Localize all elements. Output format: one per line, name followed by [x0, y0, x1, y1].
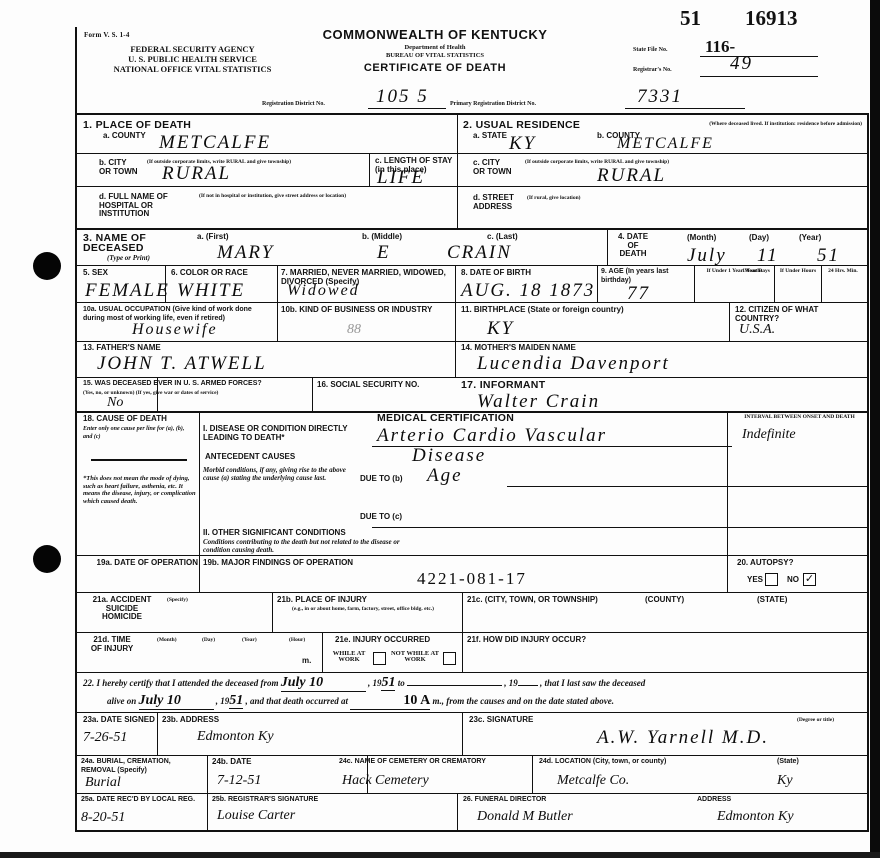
death-city-value[interactable]: RURAL — [162, 163, 231, 185]
form-number: Form V. S. 1-4 — [84, 31, 130, 39]
injury-occurred-label: 21e. INJURY OCCURRED — [335, 636, 430, 645]
registration-district-label: Registration District No. — [262, 101, 325, 107]
while-at-work-checkbox[interactable] — [373, 652, 386, 665]
first-name-label: a. (First) — [197, 233, 229, 242]
year-label: (Year) — [799, 234, 821, 243]
location-label: 24d. LOCATION (City, town, or county) — [539, 758, 666, 767]
funeral-address-label: ADDRESS — [697, 796, 731, 805]
other-conditions-label: II. OTHER SIGNIFICANT CONDITIONS — [203, 529, 346, 538]
race-value[interactable]: WHITE — [177, 280, 245, 302]
date-signed-value[interactable]: 7-26-51 — [83, 730, 127, 746]
birthplace-value[interactable]: KY — [487, 318, 514, 340]
cert-text: , 19 — [504, 678, 518, 688]
registrar-signature-value[interactable]: Louise Carter — [217, 808, 295, 824]
dob-label: 8. DATE OF BIRTH — [461, 269, 531, 278]
age-sub-min: 24 Hrs. Min. — [823, 268, 863, 274]
primary-district-value: 7331 — [637, 86, 683, 108]
other-conditions-note: Conditions contributing to the death but… — [203, 539, 403, 554]
cert-line-1: 22. I hereby certify that I attended the… — [83, 675, 645, 692]
cert-text: to — [398, 678, 405, 688]
cert-text: m., from the causes and on the date stat… — [433, 696, 615, 706]
registrar-label: Registrar's No. — [633, 67, 672, 73]
injury-state-label: (STATE) — [757, 596, 787, 605]
divider — [91, 459, 187, 461]
cemetery-label: 24c. NAME OF CEMETERY OR CREMATORY — [339, 758, 486, 767]
certificate-title: CERTIFICATE OF DEATH — [310, 62, 560, 74]
burial-date-label: 24b. DATE — [212, 758, 251, 767]
accident-label: 21a. ACCIDENT SUICIDE HOMICIDE — [87, 596, 157, 622]
while-at-work-label: WHILE AT WORK — [329, 651, 369, 663]
registration-district-field[interactable]: 105 5 — [368, 92, 446, 109]
due-to-b-label: DUE TO (b) — [360, 475, 403, 484]
primary-district-field[interactable]: 7331 — [625, 92, 745, 109]
mother-label: 14. MOTHER'S MAIDEN NAME — [461, 344, 576, 353]
cause-of-death-label: 18. CAUSE OF DEATH — [83, 415, 167, 424]
primary-district-label: Primary Registration District No. — [450, 101, 536, 107]
disease-label: I. DISEASE OR CONDITION DIRECTLY LEADING… — [203, 425, 363, 442]
dob-value[interactable]: AUG. 18 1873 — [461, 280, 595, 302]
location-state-value[interactable]: Ky — [777, 773, 793, 789]
residence-note: (Where deceased lived. If institution: r… — [622, 121, 862, 127]
citizen-label: 12. CITIZEN OF WHAT COUNTRY? — [735, 306, 863, 323]
department: Department of Health — [310, 44, 560, 52]
date-of-death-label: 4. DATE OF DEATH — [613, 233, 653, 259]
signature-label: 23c. SIGNATURE — [469, 716, 533, 725]
scan-border-right — [870, 0, 880, 858]
attended-from-year[interactable]: 51 — [381, 675, 395, 691]
operation-code-value[interactable]: 4221-081-17 — [417, 569, 527, 589]
injury-how-label: 21f. HOW DID INJURY OCCUR? — [467, 636, 586, 645]
last-seen-value[interactable]: July 10 — [139, 693, 214, 710]
certificate-heading: COMMONWEALTH OF KENTUCKY Department of H… — [310, 27, 560, 74]
burial-date-value[interactable]: 7-12-51 — [217, 773, 261, 789]
date-recd-label: 25a. DATE REC'D BY LOCAL REG. — [81, 796, 201, 805]
citizen-value[interactable]: U.S.A. — [739, 322, 775, 338]
bureau: BUREAU OF VITAL STATISTICS — [310, 52, 560, 60]
age-sub-days: 1 Year Days — [737, 268, 775, 274]
middle-name-label: b. (Middle) — [362, 233, 402, 242]
funeral-director-value[interactable]: Donald M Butler — [477, 809, 573, 825]
registrar-field[interactable]: 49 — [700, 58, 818, 77]
state-file-label: State File No. — [633, 47, 668, 53]
residence-state-value[interactable]: KY — [509, 133, 536, 155]
antecedent-note: Morbid conditions, if any, giving rise t… — [203, 467, 353, 482]
business-label: 10b. KIND OF BUSINESS OR INDUSTRY — [281, 306, 451, 315]
injury-county-label: (COUNTY) — [645, 596, 684, 605]
registrar-value: 49 — [730, 53, 753, 75]
residence-state-label: a. STATE — [473, 132, 507, 141]
residence-city-label: c. CITY OR TOWN — [473, 159, 513, 176]
time-suffix: m. — [302, 657, 311, 666]
county-label: a. COUNTY — [103, 132, 146, 141]
autopsy-label: 20. AUTOPSY? — [737, 559, 793, 568]
agency-line: FEDERAL SECURITY AGENCY — [80, 44, 305, 54]
antecedent-label: ANTECEDENT CAUSES — [205, 453, 295, 462]
last-seen-year[interactable]: 51 — [229, 693, 243, 709]
name-label: 3. NAME OF DECEASED — [83, 233, 163, 253]
death-time-value[interactable]: 10 A — [350, 693, 430, 710]
date-recd-value[interactable]: 8-20-51 — [81, 810, 125, 826]
first-name-value[interactable]: MARY — [217, 242, 274, 264]
time-col-hour: (Hour) — [289, 637, 305, 643]
certificate-form: 1. PLACE OF DEATH a. COUNTY METCALFE b. … — [75, 113, 869, 832]
hospital-note: (If not in hospital or institution, give… — [199, 193, 346, 199]
punch-hole-bottom — [33, 545, 61, 573]
funeral-director-label: 26. FUNERAL DIRECTOR — [463, 796, 546, 805]
agency-line: NATIONAL OFFICE VITAL STATISTICS — [80, 64, 305, 74]
burial-label: 24a. BURIAL, CREMATION, REMOVAL (Specify… — [81, 758, 201, 775]
injury-city-label: 21c. (CITY, TOWN, OR TOWNSHIP) — [467, 596, 598, 605]
interval-label: INTERVAL BETWEEN ONSET AND DEATH — [737, 414, 862, 420]
location-value[interactable]: Metcalfe Co. — [557, 773, 629, 789]
death-county-value[interactable]: METCALFE — [159, 132, 271, 154]
race-label: 6. COLOR OR RACE — [171, 269, 248, 278]
degree-label: (Degree or title) — [797, 717, 834, 723]
agency-line: U. S. PUBLIC HEALTH SERVICE — [80, 54, 305, 64]
death-year-value[interactable]: 51 — [817, 245, 840, 267]
sex-label: 5. SEX — [83, 269, 108, 278]
informant-label: 17. INFORMANT — [461, 380, 545, 390]
signature-value[interactable]: A.W. Yarnell M.D. — [597, 727, 769, 749]
death-day-value[interactable]: 11 — [757, 245, 779, 267]
injury-place-note: (e.g., in or about home, farm, factory, … — [292, 606, 457, 612]
injury-place-label: 21b. PLACE OF INJURY — [277, 596, 367, 605]
usual-residence-heading: 2. USUAL RESIDENCE — [463, 120, 580, 130]
autopsy-no-label: NO — [787, 576, 799, 585]
length-of-stay-value[interactable]: LIFE — [377, 167, 425, 189]
place-of-death-heading: 1. PLACE OF DEATH — [83, 120, 191, 130]
cert-line-2: alive on July 10 , 1951 , and that death… — [107, 693, 614, 710]
hospital-label: d. FULL NAME OF HOSPITAL OR INSTITUTION — [99, 193, 194, 219]
time-col-year: (Year) — [242, 637, 257, 643]
cert-text: alive on — [107, 696, 136, 706]
cert-text: , and that death occurred at — [246, 696, 349, 706]
not-while-at-work-label: NOT WHILE AT WORK — [389, 651, 441, 663]
scan-border-bottom — [0, 852, 880, 858]
header-left-rule — [75, 27, 77, 117]
cause-note: Enter only one cause per line for (a), (… — [83, 426, 195, 441]
residence-city-value[interactable]: RURAL — [597, 165, 666, 187]
injury-time-label: 21d. TIME OF INJURY — [87, 636, 137, 653]
state-title: COMMONWEALTH OF KENTUCKY — [310, 27, 560, 42]
cert-text: , that I last saw the deceased — [540, 678, 645, 688]
sex-value[interactable]: FEMALE — [85, 280, 170, 302]
middle-name-value[interactable]: E — [377, 242, 391, 264]
armed-forces-note: (Yes, no, or unknown) (If yes, give war … — [83, 390, 218, 396]
registration-district-value: 105 5 — [376, 86, 429, 108]
father-label: 13. FATHER'S NAME — [83, 344, 161, 353]
not-while-at-work-checkbox[interactable] — [443, 652, 456, 665]
attended-to-field[interactable] — [407, 685, 502, 686]
stamp-number: 16913 — [745, 6, 798, 31]
operation-findings-label: 19b. MAJOR FINDINGS OF OPERATION — [203, 559, 353, 568]
death-month-value[interactable]: July — [687, 245, 727, 267]
cause-b-value[interactable]: Age — [427, 465, 463, 487]
birthplace-label: 11. BIRTHPLACE (State or foreign country… — [461, 306, 624, 315]
accident-specify: (Specify) — [167, 597, 188, 603]
address-label: 23b. ADDRESS — [162, 716, 219, 725]
residence-county-value[interactable]: METCALFE — [617, 135, 714, 153]
street-note: (If rural, give location) — [527, 195, 580, 201]
stamp-year: 51 — [680, 6, 701, 31]
autopsy-no-checkbox[interactable]: ✓ — [803, 573, 816, 586]
cause-footnote: *This does not mean the mode of dying, s… — [83, 475, 197, 505]
informant-value[interactable]: Walter Crain — [477, 391, 600, 413]
age-sub-hours: If Under Hours — [777, 268, 819, 274]
attended-to-year[interactable] — [518, 685, 538, 686]
month-label: (Month) — [687, 234, 716, 243]
cemetery-value[interactable]: Hack Cemetery — [342, 773, 429, 789]
city-label: b. CITY OR TOWN — [99, 159, 139, 176]
last-name-label: c. (Last) — [487, 233, 518, 242]
operation-date-label: 19a. DATE OF OPERATION — [83, 559, 198, 568]
location-state-label: (State) — [777, 758, 799, 767]
due-to-c-label: DUE TO (c) — [360, 513, 402, 522]
punch-hole-top — [33, 252, 61, 280]
name-note: (Type or Print) — [107, 255, 150, 263]
time-col-month: (Month) — [157, 637, 177, 643]
state-file-field[interactable]: 116- — [700, 40, 818, 57]
registrar-signature-label: 25b. REGISTRAR'S SIGNATURE — [212, 796, 318, 805]
age-value[interactable]: 77 — [627, 283, 650, 305]
autopsy-yes-label: YES — [747, 576, 763, 585]
cert-text: 22. I hereby certify that I attended the… — [83, 678, 278, 688]
cert-text: , 19 — [216, 696, 230, 706]
address-value[interactable]: Edmonton Ky — [197, 729, 274, 745]
ssn-label: 16. SOCIAL SECURITY NO. — [317, 381, 452, 390]
burial-value[interactable]: Burial — [85, 775, 121, 791]
cause-a2-value[interactable]: Disease — [412, 445, 486, 467]
attended-from-value[interactable]: July 10 — [281, 675, 366, 692]
agency-block: FEDERAL SECURITY AGENCY U. S. PUBLIC HEA… — [80, 44, 305, 74]
date-signed-label: 23a. DATE SIGNED — [83, 716, 155, 725]
last-name-value[interactable]: CRAIN — [447, 242, 512, 264]
marital-value[interactable]: Widowed — [287, 282, 360, 300]
armed-forces-value[interactable]: No — [107, 395, 123, 411]
mother-value[interactable]: Lucendia Davenport — [477, 353, 670, 375]
occupation-value[interactable]: Housewife — [132, 321, 218, 339]
cert-text: , 19 — [368, 678, 382, 688]
funeral-address-value[interactable]: Edmonton Ky — [717, 809, 794, 825]
interval-value[interactable]: Indefinite — [742, 427, 796, 443]
autopsy-yes-checkbox[interactable] — [765, 573, 778, 586]
time-col-day: (Day) — [202, 637, 215, 643]
father-value[interactable]: JOHN T. ATWELL — [97, 353, 267, 375]
cause-a-value[interactable]: Arterio Cardio Vascular — [377, 425, 607, 447]
street-label: d. STREET ADDRESS — [473, 194, 523, 211]
day-label: (Day) — [749, 234, 769, 243]
business-value[interactable]: 88 — [347, 322, 361, 338]
medical-certification-heading: MEDICAL CERTIFICATION — [377, 413, 514, 423]
